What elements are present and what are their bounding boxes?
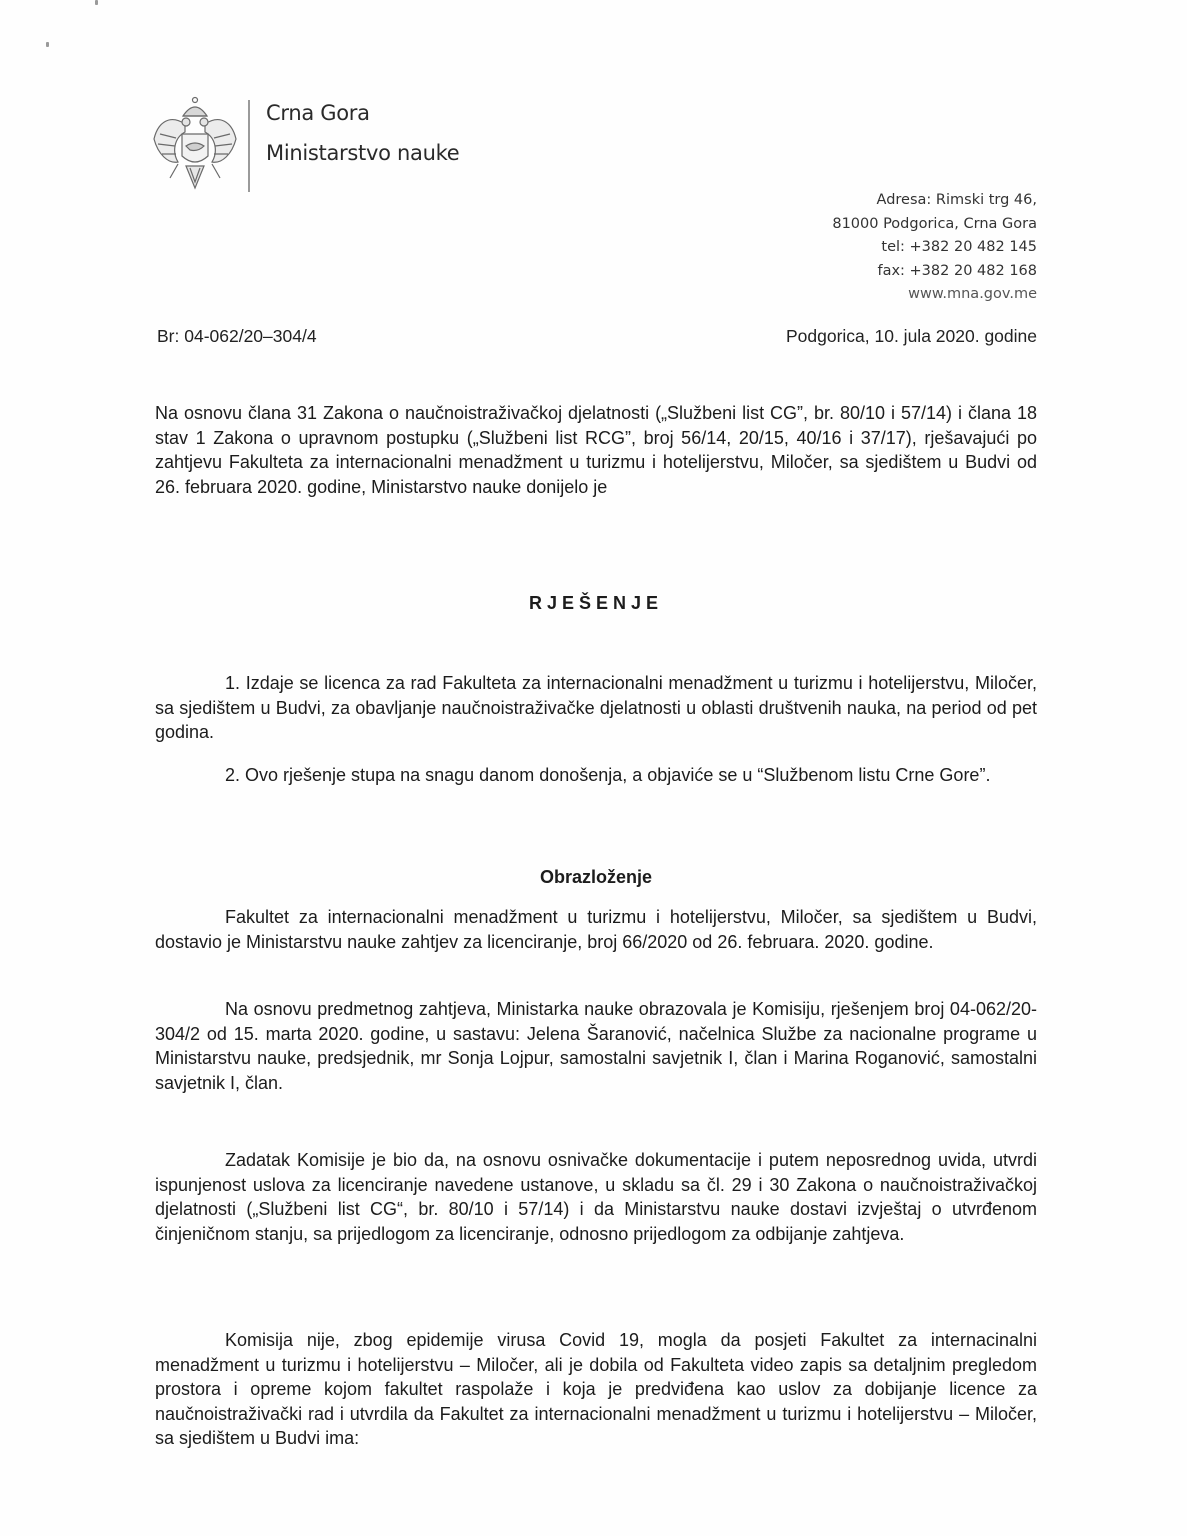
- scan-speck: [46, 42, 49, 47]
- reasoning-paragraph-2: Na osnovu predmetnog zahtjeva, Ministark…: [155, 997, 1037, 1095]
- country-name: Crna Gora: [266, 101, 370, 125]
- montenegro-coat-of-arms-icon: [150, 94, 240, 194]
- header-divider: [248, 100, 250, 192]
- fax-line: fax: +382 20 482 168: [832, 260, 1037, 284]
- reasoning-paragraph-4: Komisija nije, zbog epidemije virusa Cov…: [155, 1328, 1037, 1451]
- website-link[interactable]: www.mna.gov.me: [832, 283, 1037, 307]
- ministry-name: Ministarstvo nauke: [266, 141, 459, 165]
- decision-title: RJEŠENJE: [155, 593, 1037, 614]
- address-line: Adresa: Rimski trg 46,: [832, 189, 1037, 213]
- contact-block: Adresa: Rimski trg 46, 81000 Podgorica, …: [832, 189, 1037, 307]
- document-page: Crna Gora Ministarstvo nauke Adresa: Rim…: [0, 0, 1187, 1536]
- preamble-paragraph: Na osnovu člana 31 Zakona o naučnoistraž…: [155, 401, 1037, 499]
- scan-speck: [95, 0, 98, 5]
- reference-number: Br: 04-062/20–304/4: [157, 326, 317, 347]
- decision-item-2: 2. Ovo rješenje stupa na snagu danom don…: [155, 763, 1037, 788]
- reasoning-paragraph-1: Fakultet za internacionalni menadžment u…: [155, 905, 1037, 954]
- reasoning-title: Obrazloženje: [155, 867, 1037, 888]
- phone-line: tel: +382 20 482 145: [832, 236, 1037, 260]
- decision-item-1: 1. Izdaje se licenca za rad Fakulteta za…: [155, 671, 1037, 745]
- city-line: 81000 Podgorica, Crna Gora: [832, 213, 1037, 237]
- reasoning-paragraph-3: Zadatak Komisije je bio da, na osnovu os…: [155, 1148, 1037, 1246]
- place-and-date: Podgorica, 10. jula 2020. godine: [786, 326, 1037, 347]
